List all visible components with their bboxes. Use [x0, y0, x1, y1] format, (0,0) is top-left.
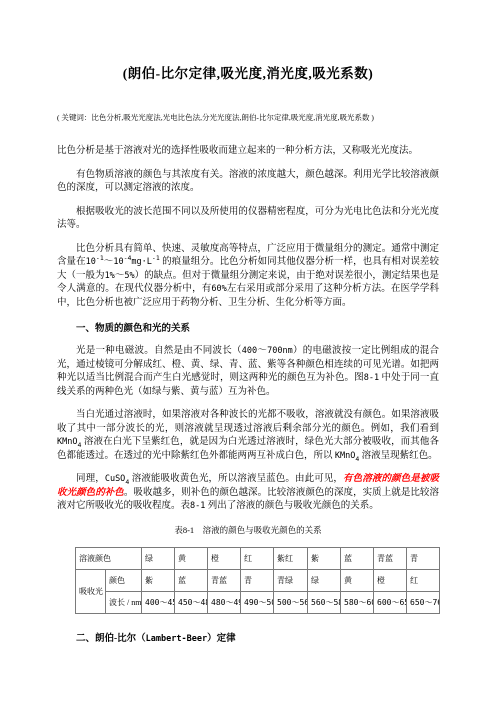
- text-segment: 5%: [124, 271, 134, 281]
- table-header-wavelength: 波长 / nm: [106, 591, 142, 613]
- paragraph-intro: 比色分析是基于溶液对光的选择性吸收而建立起来的一种分析方法，又称吸光光度法。: [57, 145, 439, 159]
- text-segment: 8-1: [364, 373, 379, 383]
- table-row-absorbed-color: 吸收光 颜色 紫蓝青蓝青青绿绿黄橙红: [76, 569, 440, 591]
- text-segment: 400: [242, 346, 257, 356]
- text-segment: 8-1: [190, 501, 205, 511]
- table-cell: 青: [241, 569, 274, 591]
- table-cell: 青蓝: [208, 569, 241, 591]
- table-cell: 绿: [308, 569, 341, 591]
- table-cell: 黄: [175, 547, 208, 569]
- text-segment: 700nm: [267, 346, 293, 356]
- text-segment: CuSO: [105, 474, 125, 484]
- paragraph-cuso4-complement: 同理，CuSO4 溶液能吸收黄色光，所以溶液呈蓝色。由此可见，有色溶液的颜色是被…: [57, 473, 439, 514]
- document-page: (朗伯-比尔定律,吸光度,消光度,吸光系数) ( 关键词：比色分析,吸光光度法,…: [0, 0, 496, 702]
- text-segment: 比色分析是基于溶液对光的选择性吸收而建立起来的一种分析方法，又称吸光光度法。: [57, 146, 418, 156]
- text-segment: ～: [104, 257, 114, 267]
- table-cell: 青绿: [274, 569, 308, 591]
- text-segment: KMnO: [57, 437, 77, 447]
- table-caption: 表8-1 溶液的颜色与吸收光颜色的关系: [57, 524, 439, 536]
- table-header-solution-color: 溶液颜色: [76, 547, 142, 569]
- paragraph-light-wave: 光是一种电磁波。自然是由不同波长（400～700nm）的电磁波按一定比例组成的混…: [57, 345, 439, 399]
- table-cell: 蓝: [341, 547, 374, 569]
- text-segment: 溶液呈现紫红色。: [359, 451, 437, 461]
- table-cell: 650～760: [407, 591, 440, 613]
- table-cell: 480～490: [208, 591, 241, 613]
- table-cell: 560～580: [308, 591, 341, 613]
- solution-absorbed-color-table: 溶液颜色 绿黄橙红紫红紫蓝青蓝青 吸收光 颜色 紫蓝青蓝青青绿绿黄橙红 波长 /…: [75, 547, 440, 614]
- table-cell: 紫: [308, 547, 341, 569]
- table-cell: 绿: [142, 547, 175, 569]
- text-segment: 10: [86, 257, 96, 267]
- text-segment: 根据吸收光的波长范围不同以及所使用的仪器精密程度，可分为光电比色法和分光光度法等…: [57, 207, 439, 231]
- table-cell: 500～560: [274, 591, 308, 613]
- table-cell: 600～650: [374, 591, 407, 613]
- text-segment: ～: [115, 271, 125, 281]
- document-title: (朗伯-比尔定律,吸光度,消光度,吸光系数): [57, 62, 439, 82]
- section-heading-color-light: 一、物质的颜色和光的关系: [57, 320, 439, 334]
- text-segment: ～: [257, 346, 267, 356]
- paragraph-color-concentration: 有色物质溶液的颜色与其浓度有关。溶液的浓度越大，颜色越深。利用光学比较溶液颜色的…: [57, 169, 439, 196]
- text-segment: KMnO: [335, 451, 355, 461]
- text-segment: 列出了溶液的颜色与吸收光颜色的关系。: [205, 501, 378, 511]
- table-cell: 橙: [374, 569, 407, 591]
- table-cell: 红: [241, 547, 274, 569]
- text-segment: -1: [152, 254, 160, 262]
- table-header-color: 颜色: [106, 569, 142, 591]
- table-cell: 青蓝: [374, 547, 407, 569]
- text-segment: 溶液能吸收黄色光，所以溶液呈蓝色。由此可见，: [129, 474, 343, 484]
- text-segment: 当白光通过溶液时，如果溶液对各种波长的光都不吸收，溶液就没有颜色。如果溶液吸收了…: [57, 410, 439, 434]
- text-segment: 光是一种电磁波。自然是由不同波长（: [76, 346, 242, 356]
- text-segment: 同理，: [76, 474, 105, 484]
- table-cell: 400～450: [142, 591, 175, 613]
- keywords-line: ( 关键词：比色分析,吸光光度法,光电比色法,分光光度法,朗伯-比尔定律,吸光度…: [57, 112, 439, 123]
- text-segment: -1: [96, 254, 104, 262]
- table-cell: 紫: [142, 569, 175, 591]
- paragraph-white-light: 当白光通过溶液时，如果溶液对各种波长的光都不吸收，溶液就没有颜色。如果溶液吸收了…: [57, 409, 439, 463]
- text-segment: ）定律: [207, 634, 236, 644]
- text-segment: 1%: [105, 271, 115, 281]
- text-segment: 10: [113, 257, 123, 267]
- table-cell: 橙: [208, 547, 241, 569]
- text-segment: 二、朗伯-比尔（: [76, 634, 146, 644]
- section-heading-lambert-beer: 二、朗伯-比尔（Lambert-Beer）定律: [57, 630, 439, 644]
- table-cell: 紫红: [274, 547, 308, 569]
- paragraph-methods: 根据吸收光的波长范围不同以及所使用的仪器精密程度，可分为光电比色法和分光光度法等…: [57, 206, 439, 233]
- table-header-absorbed-light: 吸收光: [76, 569, 106, 613]
- table-cell: 450～480: [175, 591, 208, 613]
- paragraph-features: 比色分析具有简单、快速、灵敏度高等特点，广泛应用于微量组分的测定。通常中测定含量…: [57, 243, 439, 311]
- table-row-solution-color: 溶液颜色 绿黄橙红紫红紫蓝青蓝青: [76, 547, 440, 569]
- table-cell: 蓝: [175, 569, 208, 591]
- text-segment: 60%: [211, 284, 226, 294]
- table-cell: 青: [407, 547, 440, 569]
- text-segment: Lambert-Beer: [146, 634, 207, 644]
- text-segment: mg·L: [131, 257, 151, 267]
- table-cell: 黄: [341, 569, 374, 591]
- table-cell: 红: [407, 569, 440, 591]
- table-cell: 580～600: [341, 591, 374, 613]
- table-cell: 490～500: [241, 591, 274, 613]
- table-row-wavelength: 波长 / nm 400～450450～480480～490490～500500～…: [76, 591, 440, 613]
- text-segment: 有色物质溶液的颜色与其浓度有关。溶液的浓度越大，颜色越深。利用光学比较溶液颜色的…: [57, 170, 439, 194]
